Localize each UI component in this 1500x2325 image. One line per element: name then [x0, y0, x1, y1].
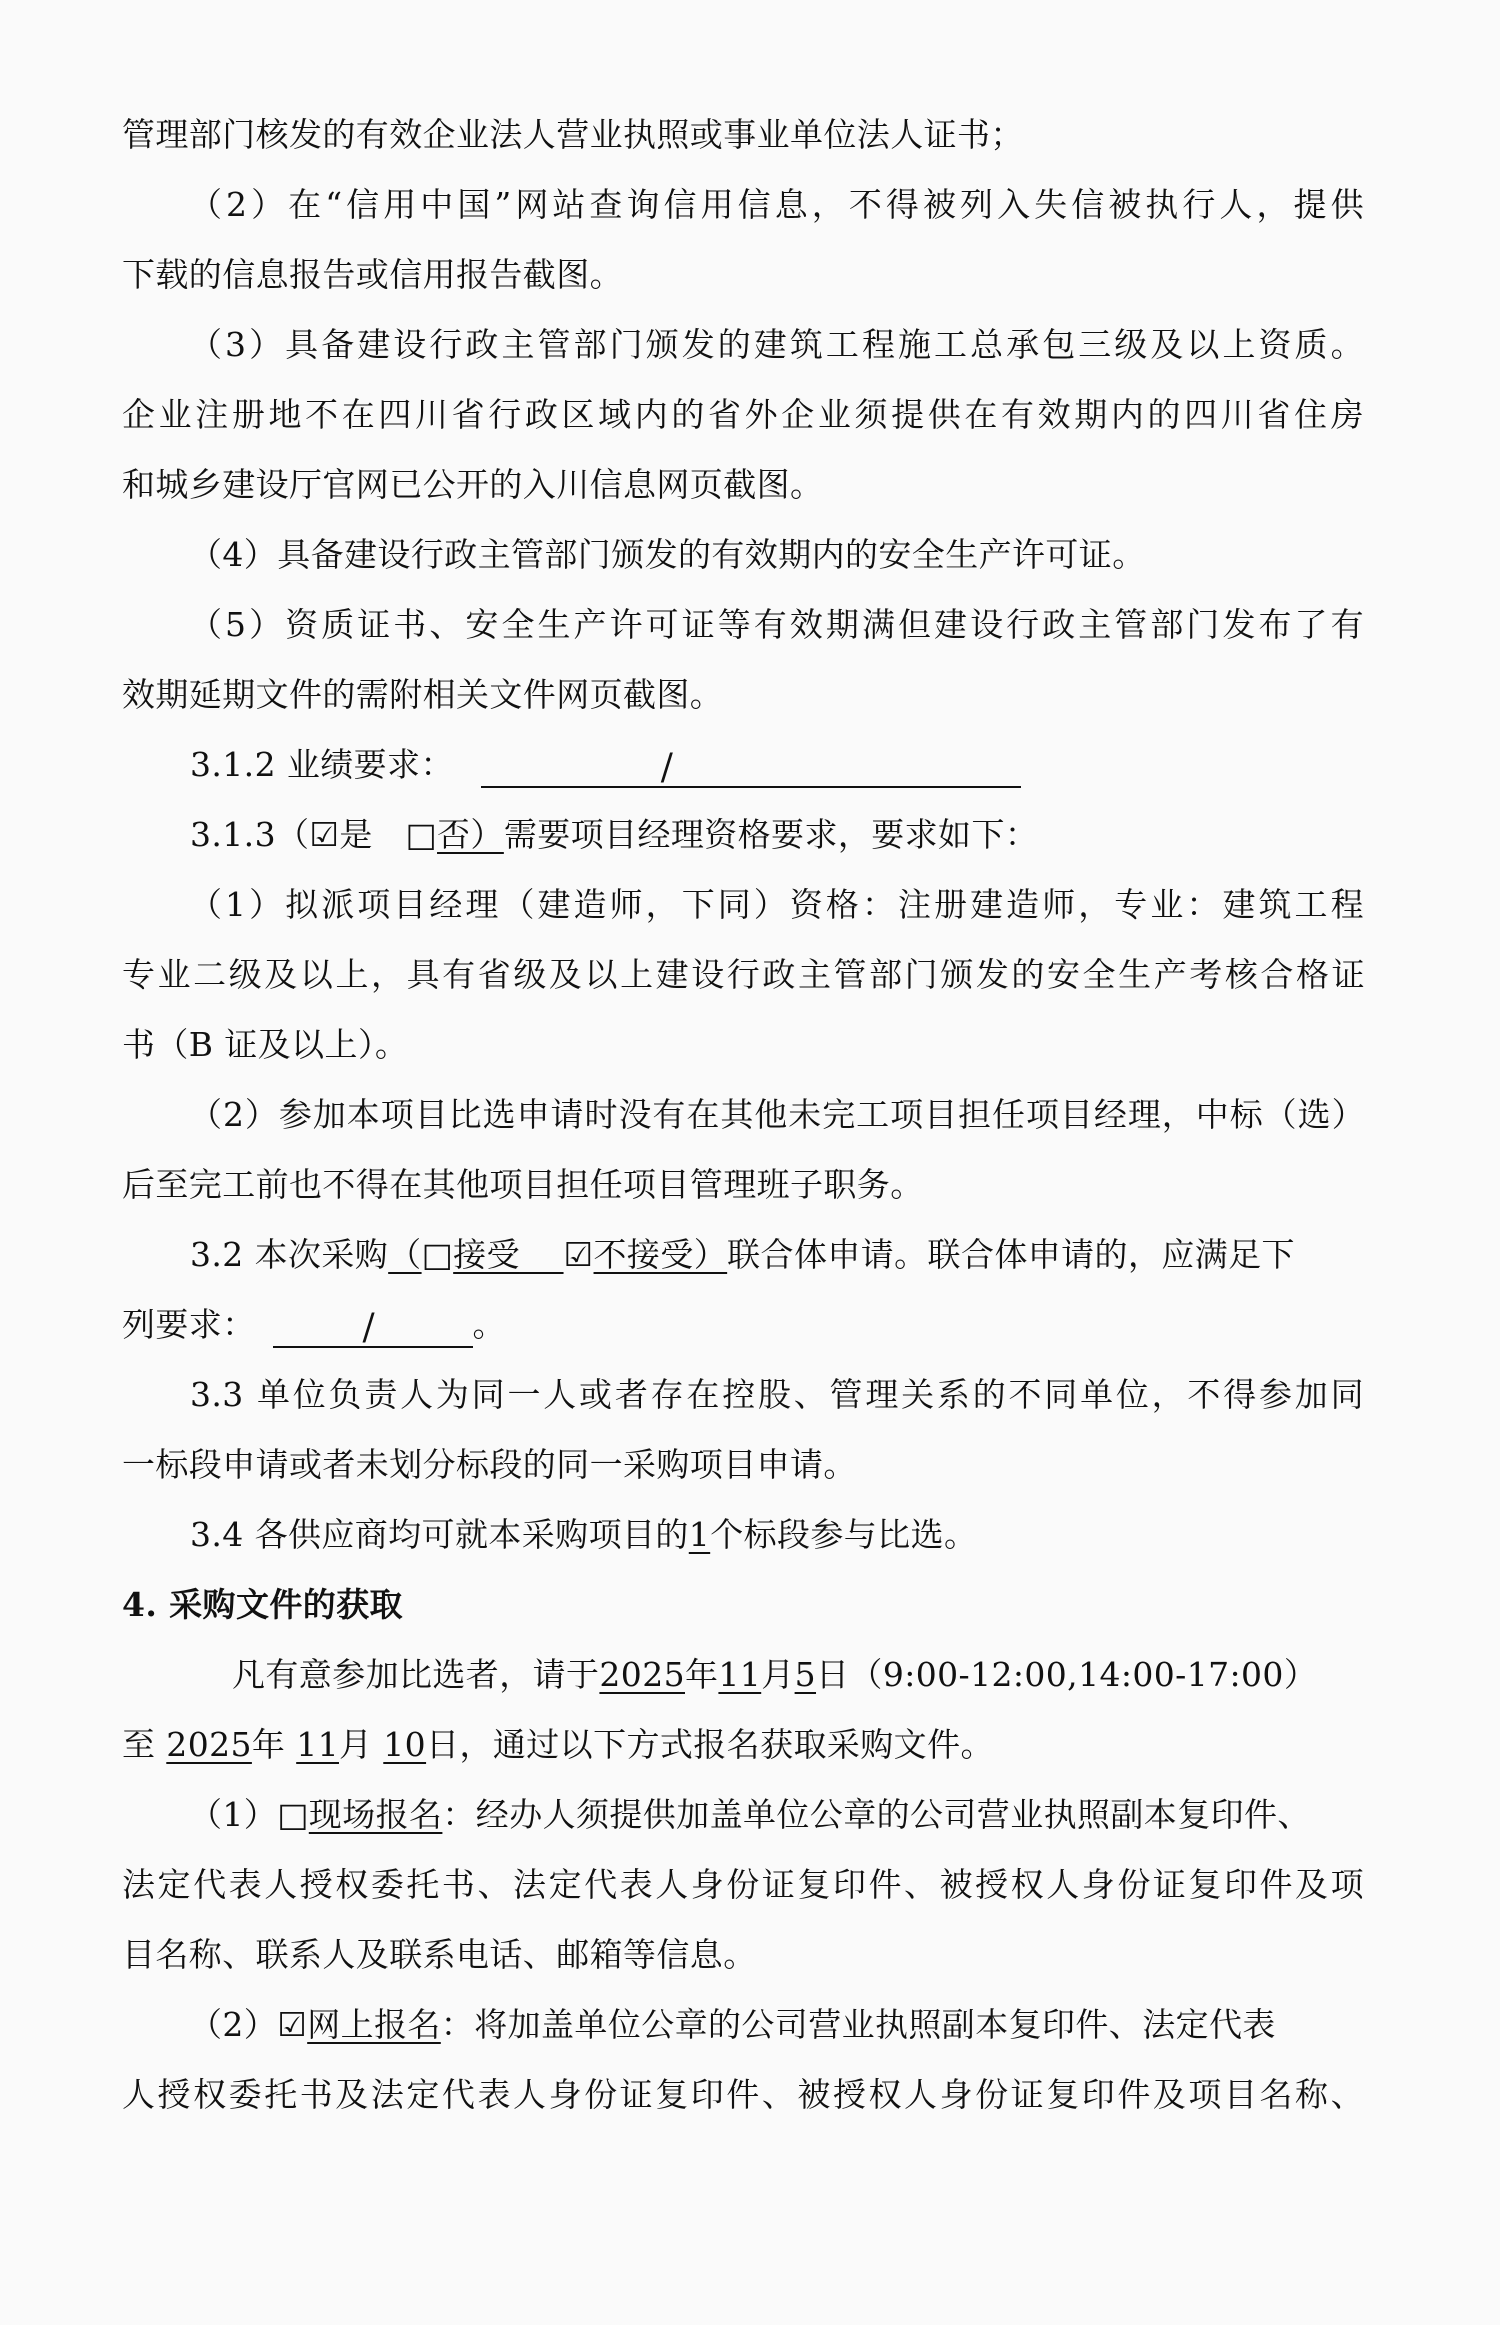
consortium-requirements-line: 列要求： / 。 [122, 1290, 1364, 1360]
onsite-registration-option: □现场报名 [277, 1795, 442, 1834]
option-number: （1） [189, 1795, 277, 1834]
day-char: 日 [816, 1655, 849, 1694]
lot-count-prefix: 3.4 各供应商均可就本采购项目的 [190, 1515, 689, 1554]
onsite-registration-label: 现场报名 [309, 1795, 443, 1834]
text-line: 后至完工前也不得在其他项目担任项目管理班子职务。 [122, 1150, 1364, 1220]
onsite-registration-line: （1）□现场报名：经办人须提供加盖单位公章的公司营业执照副本复印件、 [122, 1780, 1364, 1850]
text-line: （2）参加本项目比选申请时没有在其他未完工项目担任项目经理，中标（选） [122, 1080, 1364, 1150]
blank-slash: / [363, 1308, 376, 1348]
onsite-registration-text: ：经办人须提供加盖单位公章的公司营业执照副本复印件、 [442, 1795, 1310, 1834]
online-registration-option: ☑网上报名 [277, 2005, 441, 2044]
registration-end-line: 至 2025年 11月 10日，通过以下方式报名获取采购文件。 [122, 1710, 1364, 1780]
online-registration-line: （2）☑网上报名：将加盖单位公章的公司营业执照副本复印件、法定代表 [122, 1990, 1364, 2060]
online-registration-label: 网上报名 [307, 2005, 441, 2044]
checkbox-checked-icon[interactable]: ☑ [564, 1220, 594, 1290]
performance-requirement-blank: / [481, 746, 1021, 788]
checkbox-unchecked-icon[interactable]: □ [277, 1780, 309, 1850]
text-line: （1）拟派项目经理（建造师，下同）资格：注册建造师，专业：建筑工程 [122, 870, 1364, 940]
text-line: （3）具备建设行政主管部门颁发的建筑工程施工总承包三级及以上资质。 [122, 310, 1364, 380]
text-line: 3.3 单位负责人为同一人或者存在控股、管理关系的不同单位，不得参加同 [122, 1360, 1364, 1430]
no-label: 否） [437, 815, 504, 854]
text-line: 目名称、联系人及联系电话、邮箱等信息。 [122, 1920, 1364, 1990]
online-registration-text: ：将加盖单位公章的公司营业执照副本复印件、法定代表 [441, 2005, 1276, 2044]
section-heading: 4. 采购文件的获取 [122, 1570, 1364, 1640]
checkbox-unchecked-icon[interactable]: □ [405, 800, 437, 870]
text-line: 人授权委托书及法定代表人身份证复印件、被授权人身份证复印件及项目名称、 [122, 2060, 1364, 2130]
reject-label: 不接受） [594, 1235, 728, 1274]
text-line: 企业注册地不在四川省行政区域内的省外企业须提供在有效期内的四川省住房 [122, 380, 1364, 450]
accept-label: 接受 [453, 1235, 520, 1274]
office-hours: （9:00-12:00,14:00-17:00） [849, 1655, 1317, 1694]
consortium-requirements-label: 列要求： [122, 1305, 256, 1344]
consortium-suffix: 联合体申请。联合体申请的，应满足下 [727, 1235, 1295, 1274]
pm-qualification-prefix: 3.1.3（ [190, 815, 309, 854]
text-line: （4）具备建设行政主管部门颁发的有效期内的安全生产许可证。 [122, 520, 1364, 590]
consortium-requirements-blank: / [273, 1306, 473, 1348]
period: 。 [473, 1305, 506, 1344]
option-number: （2） [189, 2005, 277, 2044]
start-day: 5 [795, 1655, 816, 1694]
text-line: 下载的信息报告或信用报告截图。 [122, 240, 1364, 310]
yes-label: 是 [339, 815, 372, 854]
text-line: （5）资质证书、安全生产许可证等有效期满但建设行政主管部门发布了有 [122, 590, 1364, 660]
year-char: 年 [252, 1725, 285, 1764]
consortium-line: 3.2 本次采购（□接受 ☑不接受）联合体申请。联合体申请的，应满足下 [122, 1220, 1364, 1290]
checkbox-checked-icon[interactable]: ☑ [309, 800, 339, 870]
performance-requirement-line: 3.1.2 业绩要求： / [122, 730, 1364, 800]
year-char: 年 [685, 1655, 718, 1694]
text-line: 管理部门核发的有效企业法人营业执照或事业单位法人证书； [122, 100, 1364, 170]
checkbox-checked-icon[interactable]: ☑ [277, 1990, 307, 2060]
end-year: 2025 [166, 1725, 252, 1764]
performance-requirement-label: 3.1.2 业绩要求： [190, 745, 454, 784]
to-char: 至 [122, 1725, 155, 1764]
start-year: 2025 [599, 1655, 685, 1694]
pm-qualification-line: 3.1.3（☑是 □否）需要项目经理资格要求，要求如下： [122, 800, 1364, 870]
text-line: 一标段申请或者未划分标段的同一采购项目申请。 [122, 1430, 1364, 1500]
registration-method-text: 日，通过以下方式报名获取采购文件。 [426, 1725, 994, 1764]
registration-date-line: 凡有意参加比选者，请于2025年11月5日（9:00-12:00,14:00-1… [122, 1640, 1364, 1710]
text-line: 书（B 证及以上）。 [122, 1010, 1364, 1080]
month-char: 月 [761, 1655, 794, 1694]
end-day: 10 [383, 1725, 426, 1764]
open-paren: （ [388, 1235, 421, 1274]
lot-count-suffix: 个标段参与比选。 [710, 1515, 977, 1554]
start-month: 11 [718, 1655, 761, 1694]
lot-count-value: 1 [689, 1515, 710, 1554]
checkbox-unchecked-icon[interactable]: □ [422, 1220, 454, 1290]
consortium-prefix: 3.2 本次采购 [190, 1235, 388, 1274]
text-line: 专业二级及以上，具有省级及以上建设行政主管部门颁发的安全生产考核合格证 [122, 940, 1364, 1010]
blank-slash: / [661, 748, 674, 788]
text-line: （2）在“信用中国”网站查询信用信息，不得被列入失信被执行人，提供 [122, 170, 1364, 240]
text-line: 法定代表人授权委托书、法定代表人身份证复印件、被授权人身份证复印件及项 [122, 1850, 1364, 1920]
registration-intro: 凡有意参加比选者，请于 [232, 1655, 599, 1694]
lot-count-line: 3.4 各供应商均可就本采购项目的1个标段参与比选。 [122, 1500, 1364, 1570]
text-line: 和城乡建设厅官网已公开的入川信息网页截图。 [122, 450, 1364, 520]
text-line: 效期延期文件的需附相关文件网页截图。 [122, 660, 1364, 730]
document-page: 管理部门核发的有效企业法人营业执照或事业单位法人证书； （2）在“信用中国”网站… [122, 100, 1364, 2130]
consortium-options: （□接受 ☑不接受） [388, 1235, 727, 1274]
pm-qualification-suffix: 需要项目经理资格要求，要求如下： [504, 815, 1038, 854]
end-month: 11 [296, 1725, 339, 1764]
month-char: 月 [339, 1725, 372, 1764]
